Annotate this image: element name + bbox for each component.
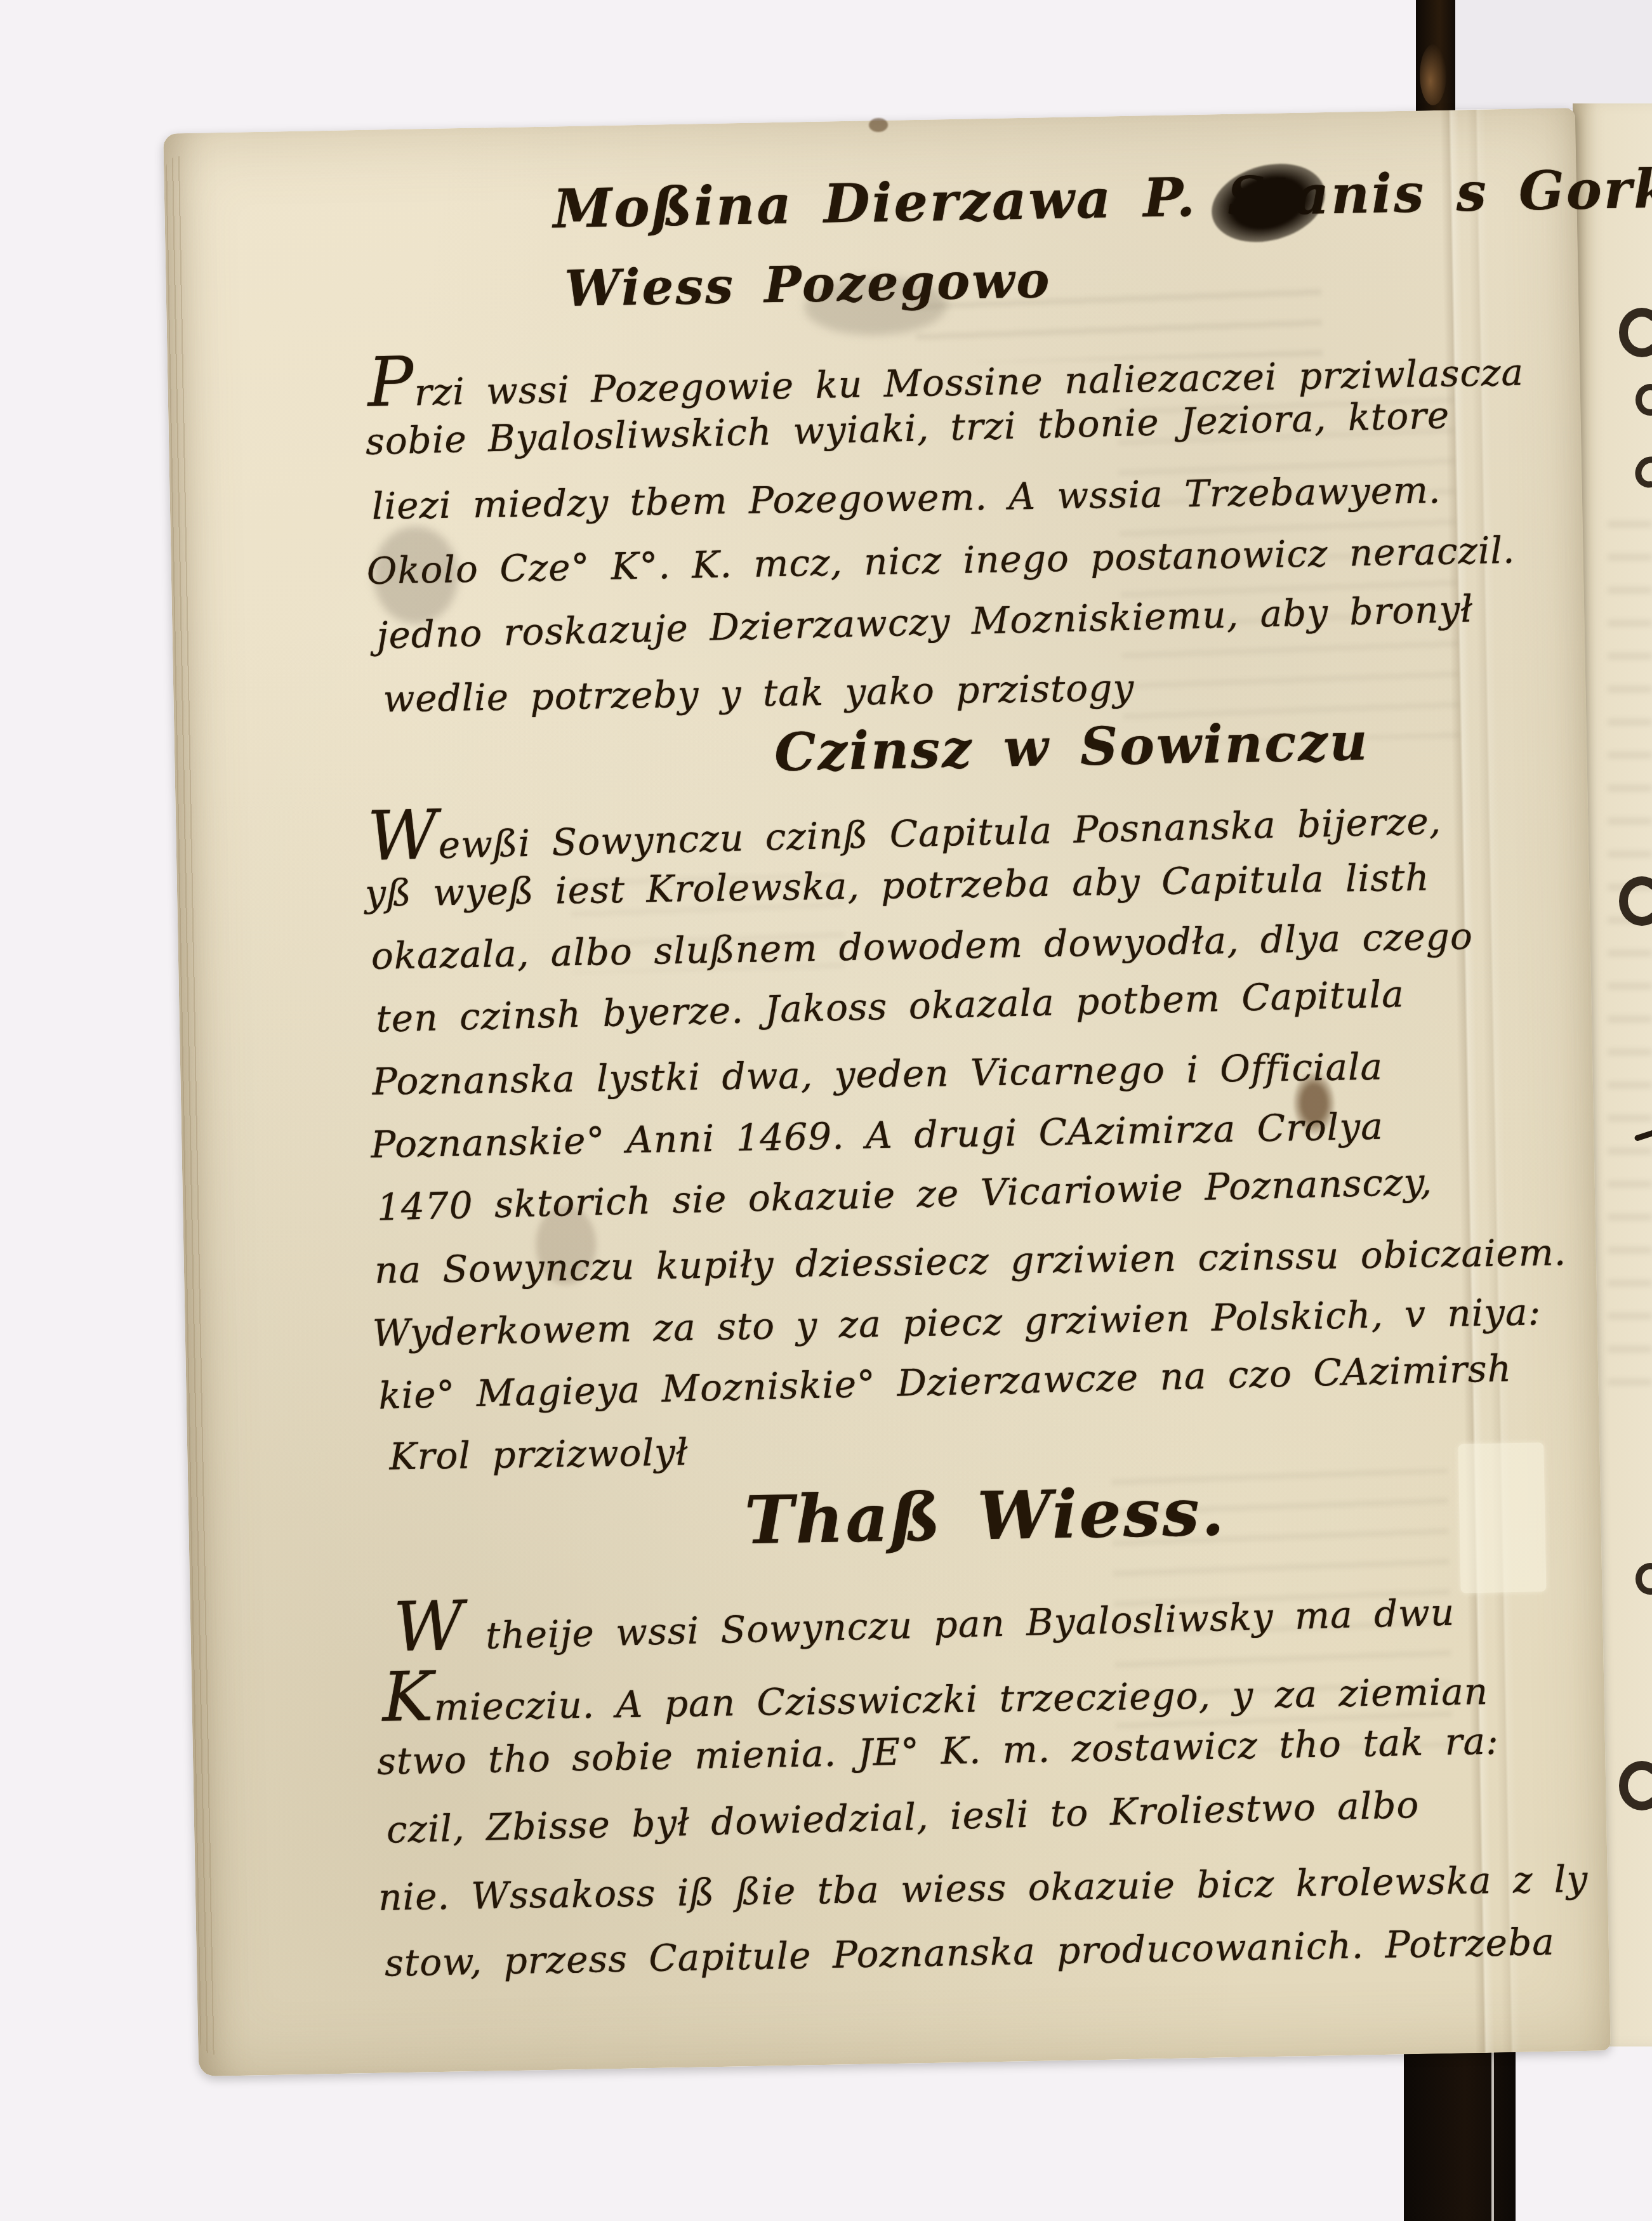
binding-strap-top (1416, 0, 1455, 112)
manuscript-page: Moßina Dierzawa P. Stanis s Gorky Wiess … (163, 108, 1611, 2076)
cutoff-letter-fragment (1619, 1761, 1652, 1810)
text-line: wedlie potrzeby y tak yako przistogy (383, 669, 1134, 717)
text-line: Poznanska lystki dwa, yeden Vicarnego i … (372, 1048, 1383, 1100)
text-line: okazala, albo slußnem dowodem dowyodła, … (371, 918, 1473, 975)
repair-patch (1458, 1442, 1546, 1593)
text-line: stwo tho sobie mienia. JE° K. m. zostawi… (377, 1723, 1499, 1780)
stacked-leaf-edges (166, 156, 217, 2055)
stain (869, 118, 888, 133)
underlying-sheet (1453, 0, 1652, 109)
text-line: Wyderkowem za sto y za piecz grziwien Po… (372, 1293, 1541, 1352)
page-subtitle: Wiess Pozegowo (564, 256, 1052, 314)
text-line: kie° Magieya Mozniskie° Dzierzawcze na c… (378, 1350, 1512, 1414)
text-line: czil, Zbisse był dowiedzial, iesli to Kr… (386, 1786, 1420, 1849)
bleed-through-smudge (1608, 497, 1652, 1385)
text-line: Poznanskie° Anni 1469. A drugi CAzimirza… (371, 1108, 1384, 1163)
text-line: 1470 sktorich sie okazuie ze Vicariowie … (376, 1163, 1432, 1226)
text-line: nie. Wssakoss iß ßie tba wiess okazuie b… (378, 1861, 1589, 1916)
binding-wear-spot (1420, 44, 1446, 105)
cutoff-letter-fragment (1635, 384, 1652, 416)
text-line: Krol przizwolył (389, 1433, 689, 1475)
cutoff-letter-fragment (1630, 451, 1652, 493)
section-heading: Thaß Wiess. (744, 1479, 1226, 1553)
cutoff-letter-fragment (1635, 1563, 1652, 1595)
scanned-manuscript: Moßina Dierzawa P. Stanis s Gorky Wiess … (0, 0, 1652, 2221)
section-heading: Czinsz w Sowinczu (774, 716, 1370, 779)
binding-thread (1491, 2043, 1494, 2221)
text-line: yß wyeß iest Krolewska, potrzeba aby Cap… (365, 859, 1430, 912)
text-line: stow, przess Capitule Poznanska producow… (384, 1923, 1555, 1982)
text-line: Wewßi Sowynczu czinß Capitula Posnanska … (367, 786, 1441, 866)
text-line: ten czinsh byerze. Jakoss okazala potbem… (376, 975, 1404, 1038)
cutoff-letter-fragment (1619, 308, 1652, 357)
